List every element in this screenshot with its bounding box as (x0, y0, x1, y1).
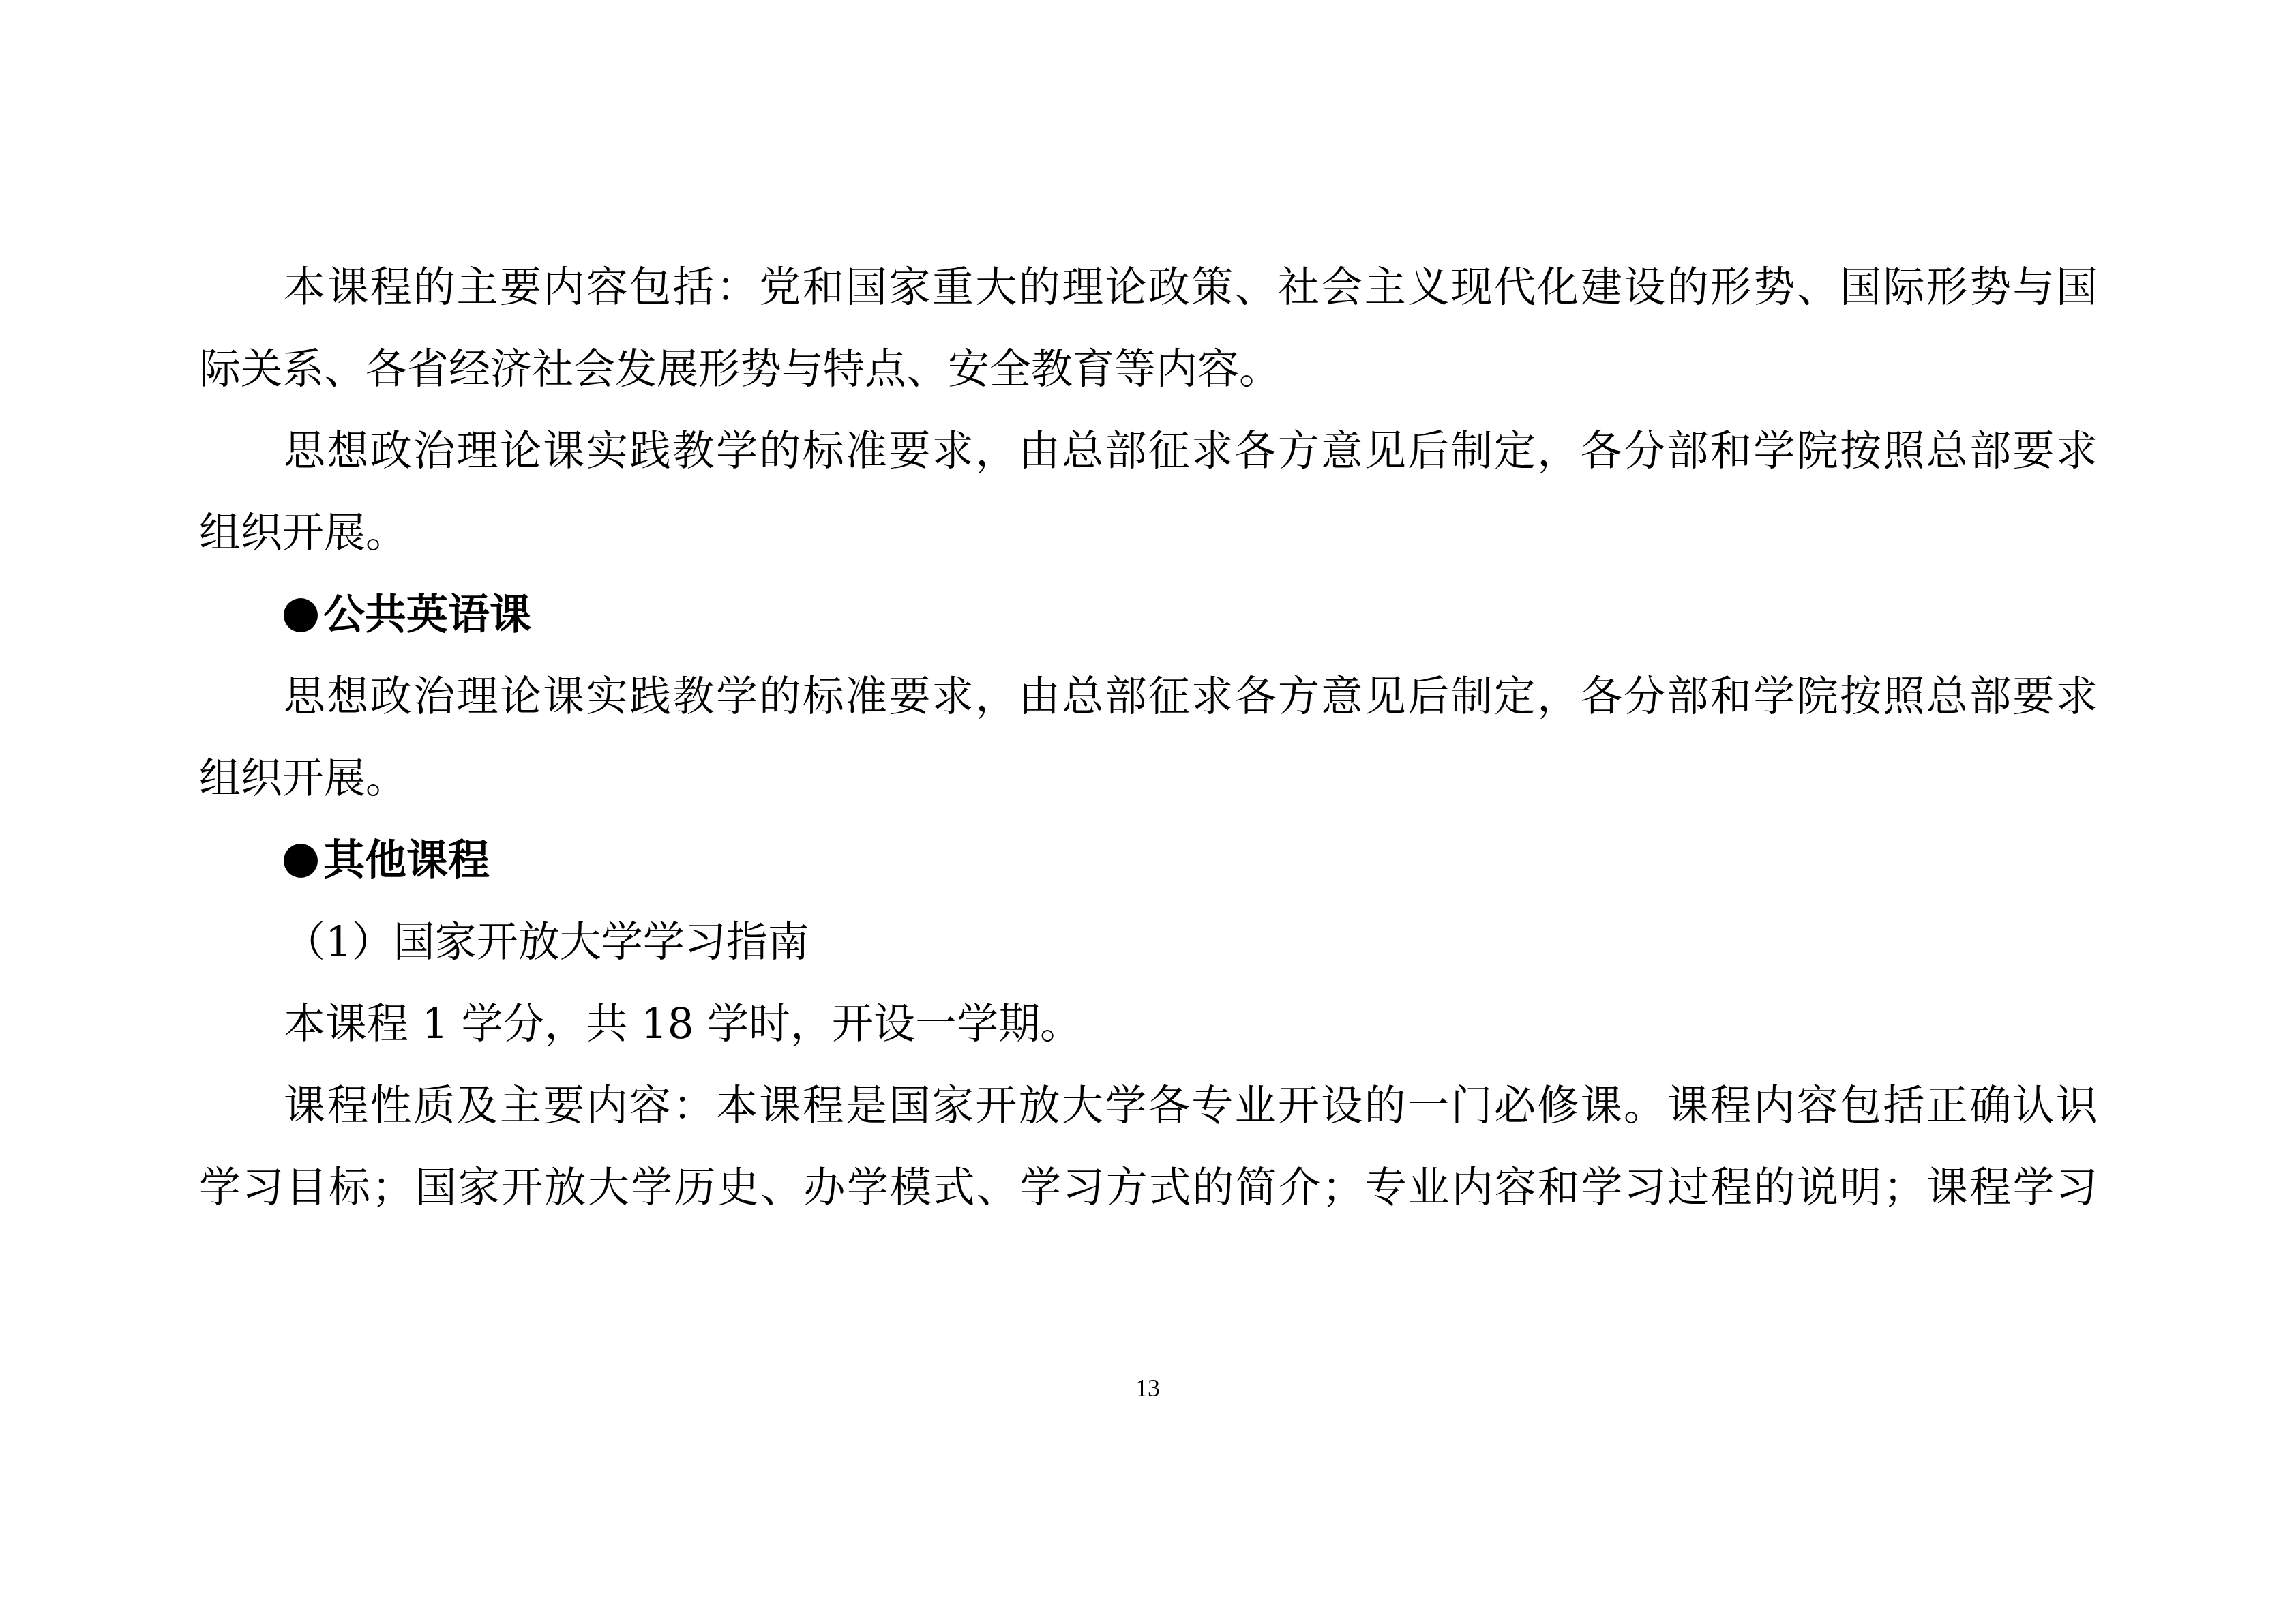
section-heading-text: 公共英语课 (323, 574, 531, 656)
section-heading-text: 其他课程 (323, 820, 490, 902)
paragraph-line: 组织开展。 (199, 492, 2098, 574)
paragraph-line: 学习目标；国家开放大学历史、办学模式、学习方式的简介；专业内容和学习过程的说明；… (199, 1147, 2098, 1229)
bullet-icon (284, 598, 318, 632)
section-heading-other-courses: 其他课程 (199, 820, 2098, 902)
paragraph-line: 思想政治理论课实践教学的标准要求，由总部征求各方意见后制定，各分部和学院按照总部… (199, 411, 2098, 492)
subsection-heading: （1）国家开放大学学习指南 (199, 902, 2098, 984)
paragraph-line: 际关系、各省经济社会发展形势与特点、安全教育等内容。 (199, 329, 2098, 411)
document-body: 本课程的主要内容包括：党和国家重大的理论政策、社会主义现代化建设的形势、国际形势… (199, 247, 2098, 1229)
paragraph-line: 课程性质及主要内容：本课程是国家开放大学各专业开设的一门必修课。课程内容包括正确… (199, 1065, 2098, 1147)
paragraph-line: 思想政治理论课实践教学的标准要求，由总部征求各方意见后制定，各分部和学院按照总部… (199, 656, 2098, 738)
bullet-icon (284, 844, 318, 878)
page-number: 13 (1114, 1371, 1182, 1405)
section-heading-public-english: 公共英语课 (199, 574, 2098, 656)
paragraph-line: 本课程的主要内容包括：党和国家重大的理论政策、社会主义现代化建设的形势、国际形势… (199, 247, 2098, 329)
document-page: 本课程的主要内容包括：党和国家重大的理论政策、社会主义现代化建设的形势、国际形势… (0, 0, 2296, 1624)
paragraph-line: 本课程 1 学分，共 18 学时，开设一学期。 (199, 984, 2098, 1065)
paragraph-line: 组织开展。 (199, 738, 2098, 820)
